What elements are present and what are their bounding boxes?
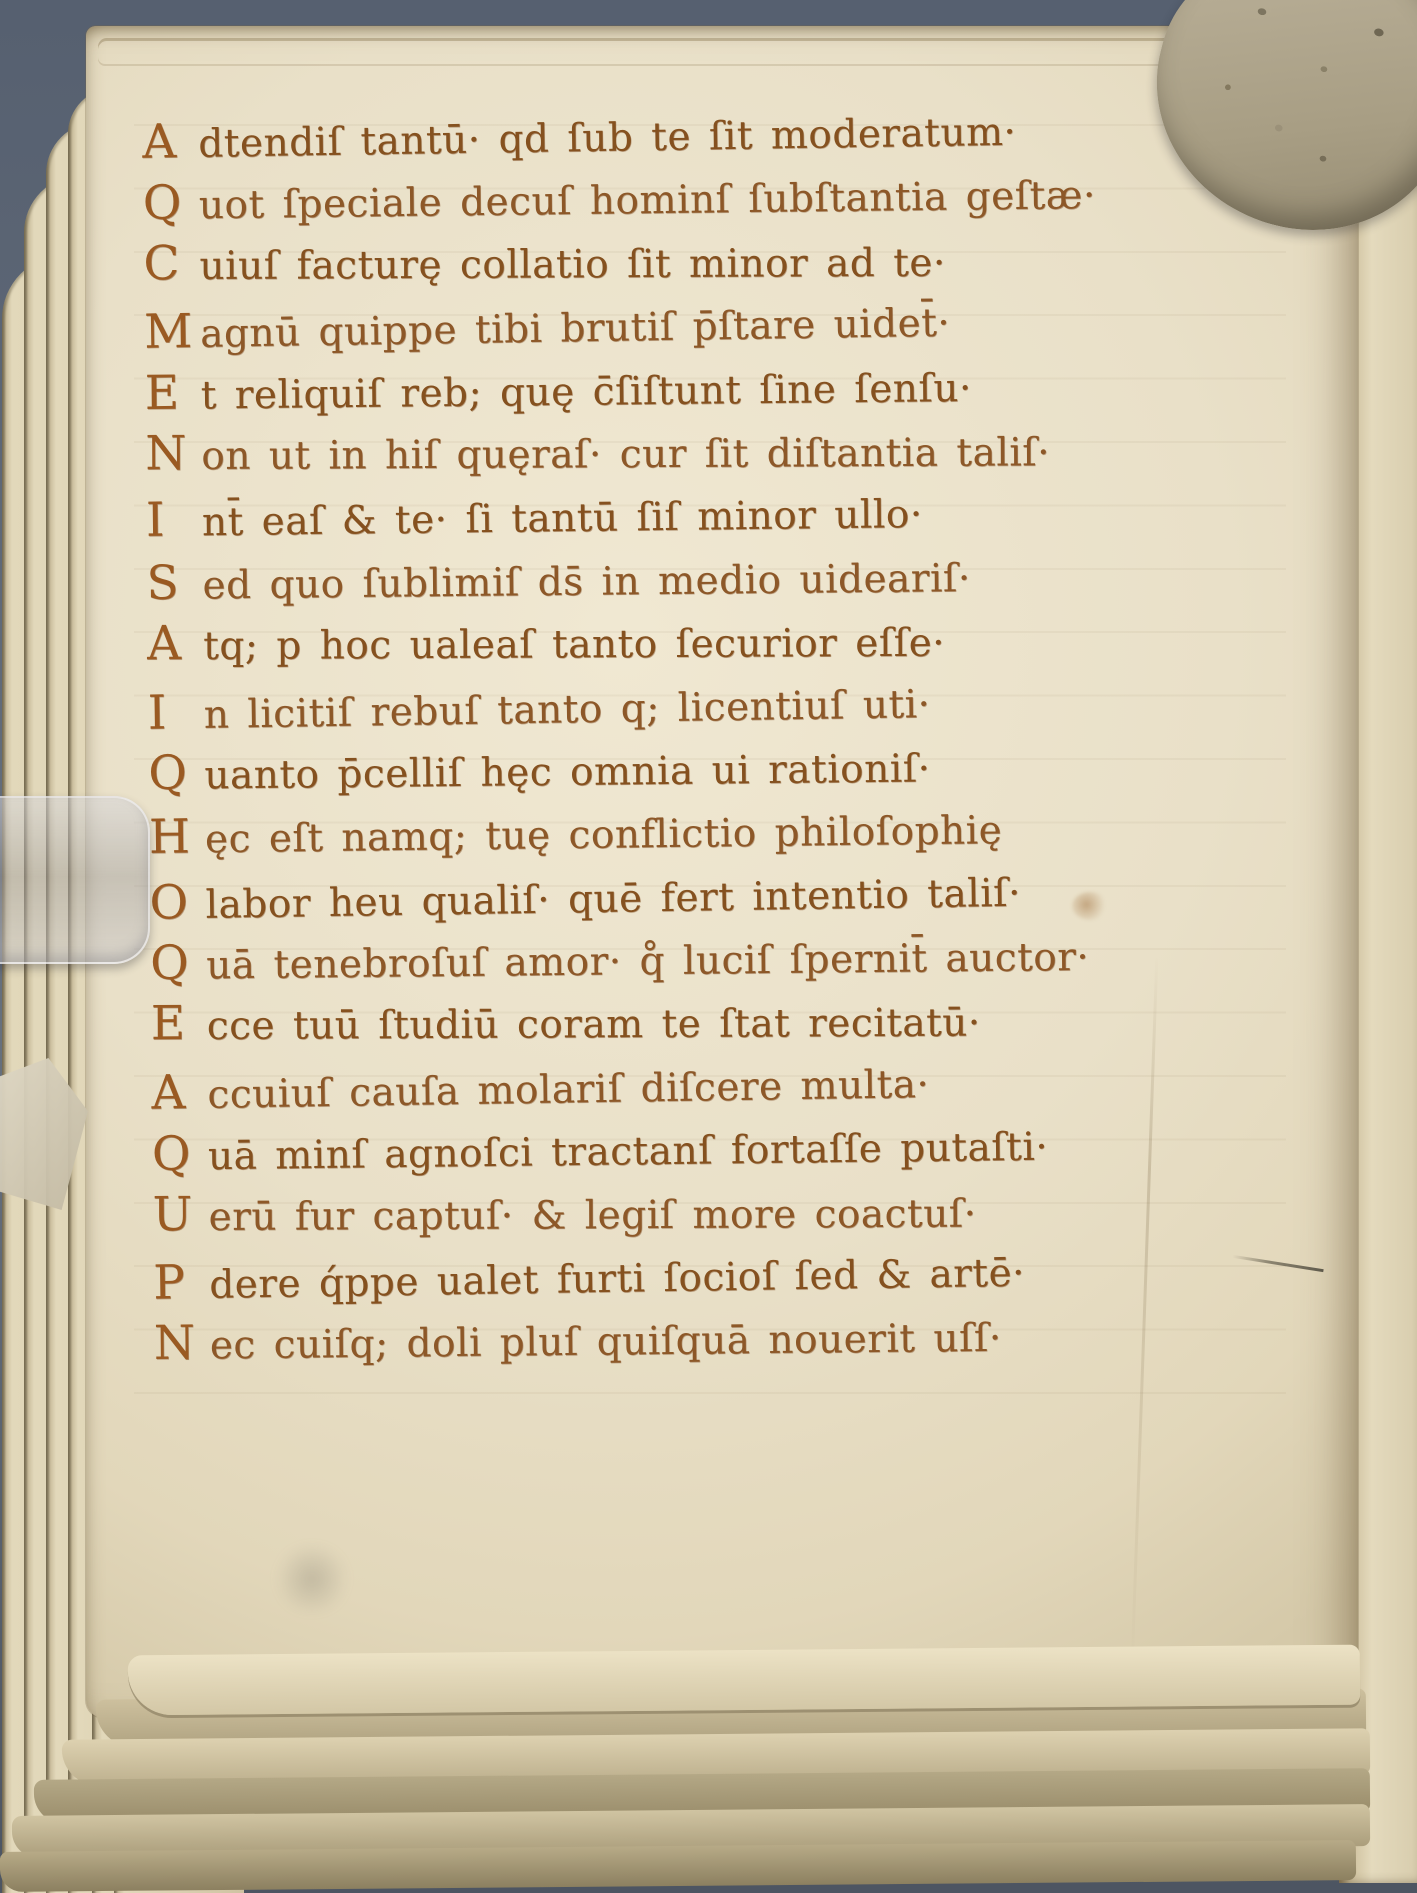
line-text: agnū quippe tibi brutiſ p̄ſtare uidet̄· [200,301,951,357]
line-initial: A [147,616,203,671]
line-initial: C [143,236,199,291]
book-page-edges-bottom [0,1642,1370,1893]
text-line: N on ut in hiſ quęraſ· cur ſit diſtantia… [145,422,1185,490]
manuscript-photograph: A dtendiſ tantū· qd ſub te ſit moderatum… [0,0,1417,1893]
line-initial: A [151,1065,208,1121]
line-text: dere q́ppe ualet furti ſocioſ ſed & artē… [209,1251,1025,1308]
line-text: tq; p hoc ualeaſ tanto ſecurior eſſe· [203,621,945,669]
line-text: on ut in hiſ quęraſ· cur ſit diſtantia t… [201,430,1050,479]
line-initial: N [145,426,201,481]
line-initial: Q [148,745,205,801]
line-text: dtendiſ tantū· qd ſub te ſit moderatum· [198,110,1017,167]
line-text: ęc eſt namq; tuę conflictio philoſophię [205,808,1003,862]
line-initial: I [147,684,204,740]
line-text: t reliquiſ reb; quę c̄ſiſtunt ſine ſenſu… [201,366,973,418]
line-initial: E [144,365,201,421]
line-text: uā minſ agnoſci tractanſ fortaſſe putaſt… [208,1125,1049,1180]
line-text: cce tuū ſtudiū coram te ſtat recitatū· [207,1001,981,1049]
line-initial: I [146,493,203,549]
text-block: A dtendiſ tantū· qd ſub te ſit moderatum… [142,102,1194,1380]
line-initial: E [151,996,207,1051]
line-initial: S [146,555,203,611]
text-line: A tq; p hoc ualeaſ tanto ſecurior eſſe· [147,612,1187,680]
manuscript-page: A dtendiſ tantū· qd ſub te ſit moderatum… [86,26,1358,1718]
line-text: uā tenebroſuſ amor· q̊ luciſ ſpernit̄ au… [206,935,1090,988]
line-text: n licitiſ rebuſ tanto q; licentiuſ uti· [203,682,930,738]
text-line: N ec cuiſq; doli pluſ quiſquā nouerit uſ… [154,1306,1195,1379]
line-text: ed quo ſublimiſ ds̄ in medio uideariſ· [202,556,971,608]
line-text: uanto p̄celliſ hęc omnia ui rationiſ· [204,746,931,798]
line-initial: A [142,114,199,170]
text-line: E cce tuū ſtudiū coram te ſtat recitatū· [151,992,1191,1060]
line-initial: U [152,1187,208,1242]
line-text: erū fur captuſ· & legiſ more coactuſ· [209,1191,977,1239]
line-initial: Q [150,936,207,992]
text-line: U erū fur captuſ· & legiſ more coactuſ· [152,1182,1192,1250]
text-line: Q uā minſ agnoſci tractanſ fortaſſe puta… [152,1115,1193,1190]
text-line: C uiuſ facturę collatio ſit minor ad te· [143,232,1183,300]
text-line: E t reliquiſ reb; quę c̄ſiſtunt ſine ſen… [144,356,1185,429]
line-text: labor heu qualiſ· quē fert intentio tali… [205,870,1021,927]
text-line: Q uanto p̄celliſ hęc omnia ui rationiſ· [148,736,1189,809]
text-line: I nt̄ eaſ & te· ſi tantū ſiſ minor ullo· [146,481,1187,556]
line-initial: Q [152,1126,209,1182]
line-text: uot ſpeciale decuſ hominſ ſubſtantia geſ… [199,173,1096,228]
line-initial: M [144,304,201,360]
line-initial: H [149,810,206,866]
line-text: ccuiuſ cauſa molariſ diſcere multa· [207,1062,930,1118]
line-initial: O [149,875,206,931]
line-text: ec cuiſq; doli pluſ quiſquā nouerit uſſ· [210,1316,1002,1369]
line-initial: N [154,1316,211,1372]
page-top-fold [98,38,1322,66]
line-text: uiuſ facturę collatio ſit minor ad te· [199,241,946,289]
text-line: Q uā tenebroſuſ amor· q̊ luciſ ſpernit̄ … [150,926,1191,999]
line-text: nt̄ eaſ & te· ſi tantū ſiſ minor ullo· [202,492,923,545]
transparent-clip [0,796,150,964]
text-line: S ed quo ſublimiſ ds̄ in medio uideariſ· [146,546,1187,619]
line-initial: P [153,1255,210,1311]
page-edge-band [128,1645,1360,1716]
parchment-stain [272,1546,352,1612]
line-initial: Q [143,176,200,232]
text-line: Q uot ſpeciale decuſ hominſ ſubſtantia g… [143,164,1184,239]
